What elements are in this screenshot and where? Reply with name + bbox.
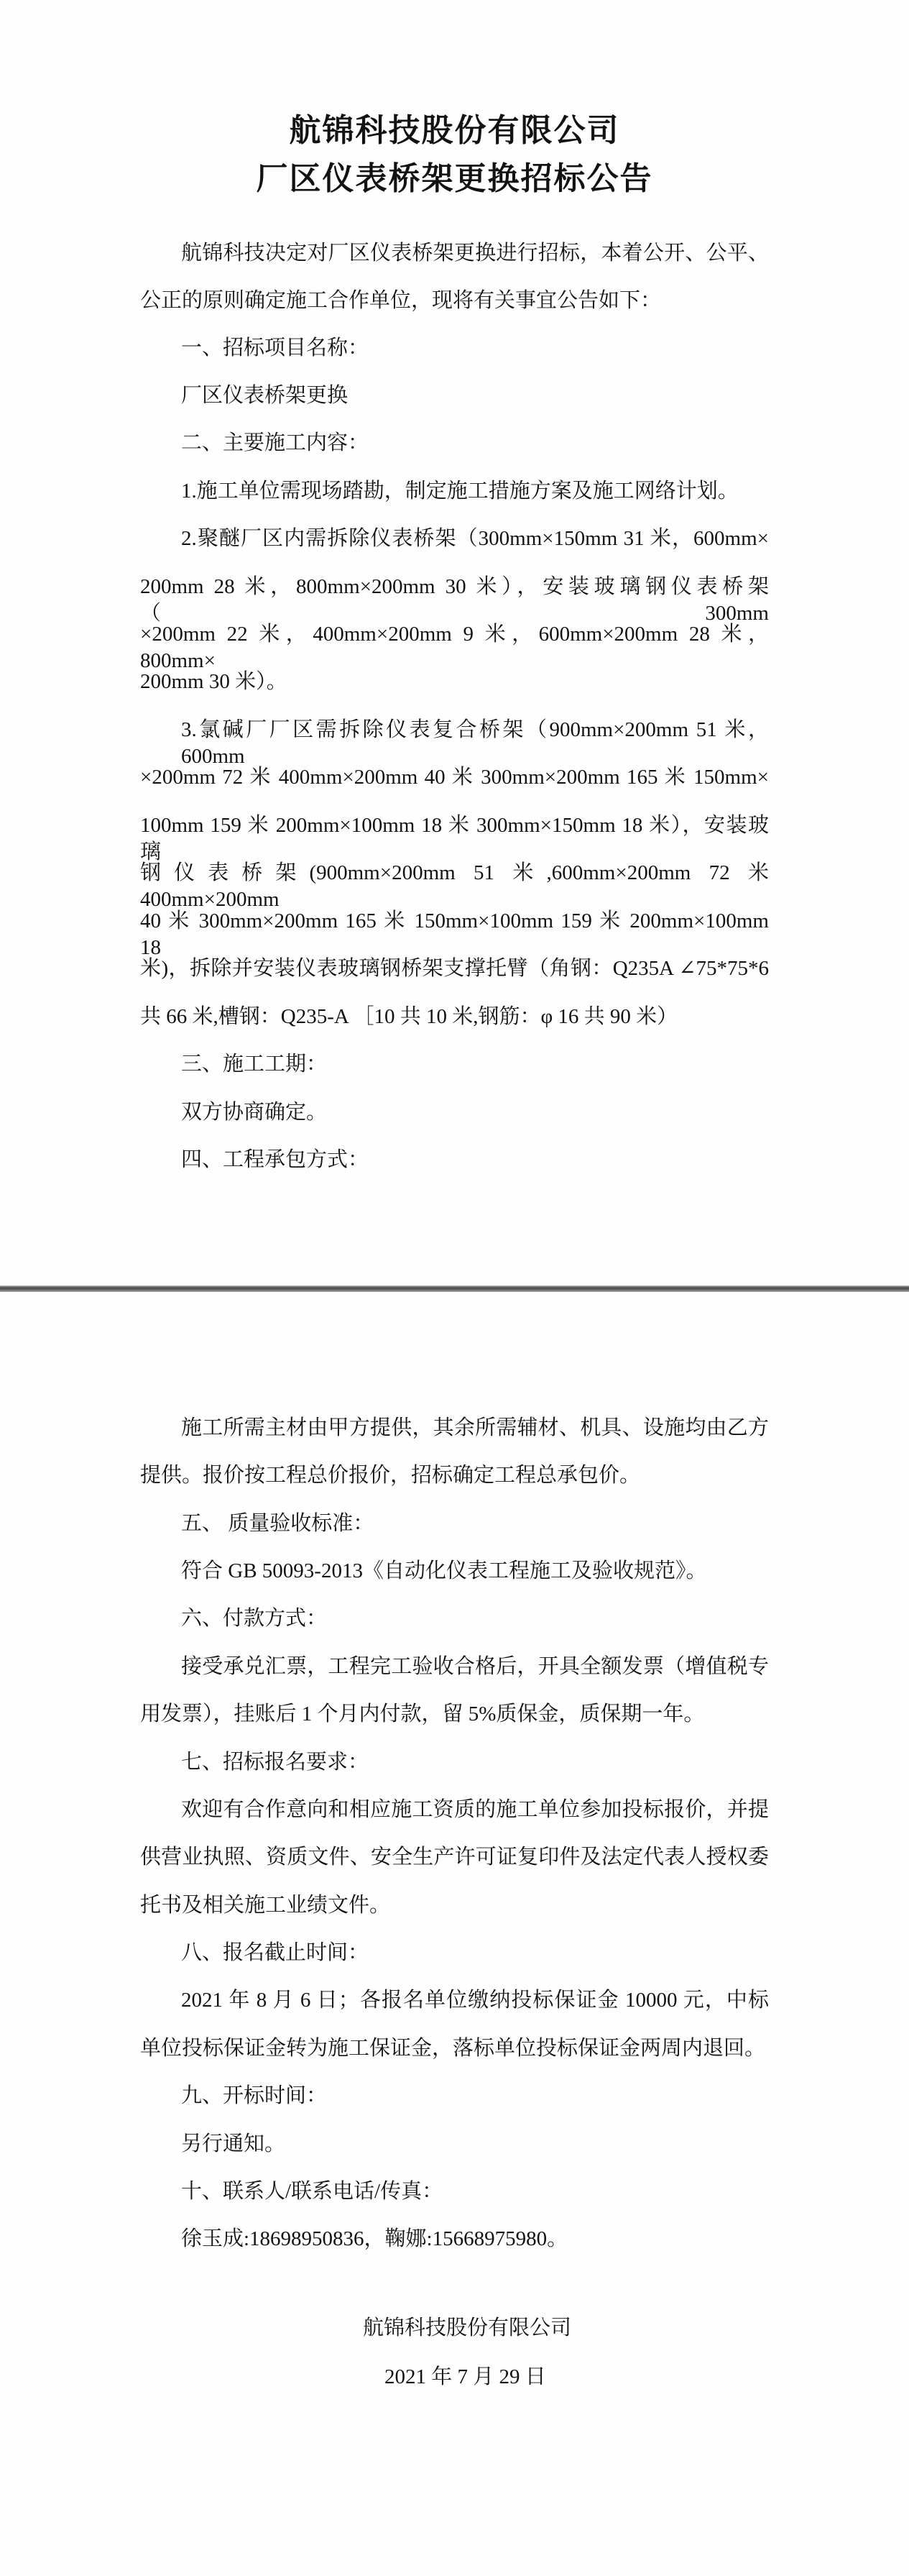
doc-title-company: 航锦科技股份有限公司 bbox=[0, 112, 909, 150]
payment-line-2: 用发票），挂账后 1 个月内付款，留 5%质保金，质保期一年。 bbox=[140, 1701, 769, 1728]
content-item-2-l3: ×200mm 22 米，400mm×200mm 9 米，600mm×200mm … bbox=[140, 621, 769, 674]
bid-opening-line: 另行通知。 bbox=[140, 2131, 769, 2158]
contact-line: 徐玉成:18698950836，鞠娜:15668975980。 bbox=[140, 2226, 769, 2252]
contract-line-2: 提供。报价按工程总价报价，招标确定工程总承包价。 bbox=[140, 1462, 769, 1489]
page-divider bbox=[0, 1285, 909, 1292]
payment-line-1: 接受承兑汇票，工程完工验收合格后，开具全额发票（增值税专 bbox=[140, 1654, 769, 1680]
section-heading-7: 七、招标报名要求： bbox=[140, 1749, 769, 1776]
content-item-2-l1: 2.聚醚厂区内需拆除仪表桥架（300mm×150mm 31 米，600mm× bbox=[140, 526, 769, 552]
content-item-3-l4: 钢仪表桥架(900mm×200mm 51 米,600mm×200mm 72 米 … bbox=[140, 860, 769, 913]
content-item-3-l1: 3.氯碱厂厂区需拆除仪表复合桥架（900mm×200mm 51 米，600mm bbox=[140, 717, 769, 770]
requirement-line-1: 欢迎有合作意向和相应施工资质的施工单位参加投标报价，并提 bbox=[140, 1797, 769, 1823]
signature-date: 2021 年 7 月 29 日 bbox=[384, 2364, 546, 2391]
project-name-line: 厂区仪表桥架更换 bbox=[140, 382, 769, 409]
tender-announcement-document: 航锦科技股份有限公司 厂区仪表桥架更换招标公告 航锦科技决定对厂区仪表桥架更换进… bbox=[0, 0, 909, 2576]
content-item-3-l7: 共 66 米,槽钢：Q235-A ［10 共 10 米,钢筋：φ 16 共 90… bbox=[140, 1004, 769, 1030]
deadline-line-1: 2021 年 8 月 6 日；各报名单位缴纳投标保证金 10000 元，中标 bbox=[140, 1987, 769, 2014]
section-heading-6: 六、付款方式： bbox=[140, 1605, 769, 1632]
content-item-3-l6: 米)，拆除并安装仪表玻璃钢桥架支撑托臂（角钢：Q235A ∠75*75*6 bbox=[140, 955, 769, 982]
doc-title-subject: 厂区仪表桥架更换招标公告 bbox=[0, 160, 909, 198]
content-item-3-l2: ×200mm 72 米 400mm×200mm 40 米 300mm×200mm… bbox=[140, 764, 769, 791]
intro-line-2: 公正的原则确定施工合作单位，现将有关事宜公告如下： bbox=[140, 288, 769, 314]
content-item-2-l2: 200mm 28 米，800mm×200mm 30 米），安装玻璃钢仪表桥架（3… bbox=[140, 574, 769, 627]
section-heading-5: 五、 质量验收标准： bbox=[140, 1511, 769, 1537]
section-heading-1: 一、招标项目名称： bbox=[140, 335, 769, 362]
standard-line: 符合 GB 50093-2013《自动化仪表工程施工及验收规范》。 bbox=[140, 1558, 769, 1585]
contract-line-1: 施工所需主材由甲方提供，其余所需辅材、机具、设施均由乙方 bbox=[140, 1415, 769, 1441]
section-heading-8: 八、报名截止时间： bbox=[140, 1940, 769, 1966]
section-heading-3: 三、施工工期： bbox=[140, 1051, 769, 1078]
schedule-line: 双方协商确定。 bbox=[140, 1099, 769, 1126]
content-item-3-l3: 100mm 159 米 200mm×100mm 18 米 300mm×150mm… bbox=[140, 812, 769, 866]
section-heading-2: 二、主要施工内容： bbox=[140, 430, 769, 457]
section-heading-10: 十、联系人/联系电话/传真： bbox=[140, 2178, 769, 2205]
requirement-line-3: 托书及相关施工业绩文件。 bbox=[140, 1892, 769, 1919]
deadline-line-2: 单位投标保证金转为施工保证金，落标单位投标保证金两周内退回。 bbox=[140, 2035, 769, 2062]
section-heading-9: 九、开标时间： bbox=[140, 2083, 769, 2109]
section-heading-4: 四、工程承包方式： bbox=[140, 1147, 769, 1173]
content-item-2-l4: 200mm 30 米）。 bbox=[140, 669, 769, 695]
requirement-line-2: 供营业执照、资质文件、安全生产许可证复印件及法定代表人授权委 bbox=[140, 1844, 769, 1871]
signature-company: 航锦科技股份有限公司 bbox=[363, 2315, 571, 2342]
intro-line-1: 航锦科技决定对厂区仪表桥架更换进行招标，本着公开、公平、 bbox=[140, 240, 769, 267]
content-item-3-l5: 40 米 300mm×200mm 165 米 150mm×100mm 159 米… bbox=[140, 908, 769, 961]
content-item-1: 1.施工单位需现场踏勘，制定施工措施方案及施工网络计划。 bbox=[140, 478, 769, 505]
